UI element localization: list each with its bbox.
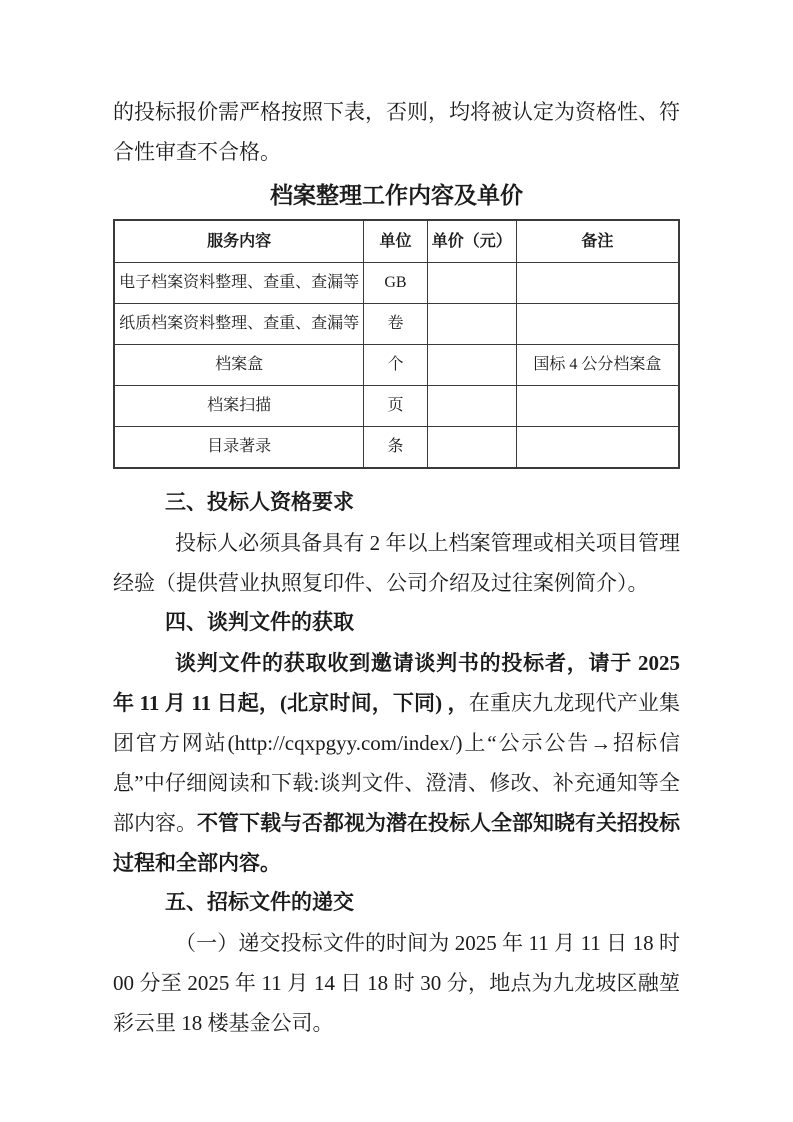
section4-heading: 四、谈判文件的获取 [165,603,680,643]
cell-note [516,304,679,345]
intro-paragraph: 的投标报价需严格按照下表，否则，均将被认定为资格性、符合性审查不合格。 [113,92,680,172]
table-title: 档案整理工作内容及单价 [113,180,680,210]
section3-heading: 三、投标人资格要求 [165,483,680,523]
header-service: 服务内容 [114,220,364,263]
cell-unit: 页 [364,386,428,427]
cell-unit: GB [364,263,428,304]
document-page: 的投标报价需严格按照下表，否则，均将被认定为资格性、符合性审查不合格。 档案整理… [0,0,793,1122]
table-header-row: 服务内容 单位 单价（元） 备注 [114,220,679,263]
cell-service: 档案扫描 [114,386,364,427]
table-row: 电子档案资料整理、查重、查漏等 GB [114,263,679,304]
cell-unit: 个 [364,345,428,386]
section5-heading: 五、招标文件的递交 [165,883,680,923]
section4-bold-tail: 不管下载与否都视为潜在投标人全部知晓有关招投标过程和全部内容。 [113,811,680,875]
cell-note: 国标 4 公分档案盒 [516,345,679,386]
cell-note [516,263,679,304]
table-row: 档案盒 个 国标 4 公分档案盒 [114,345,679,386]
table-row: 档案扫描 页 [114,386,679,427]
cell-service: 档案盒 [114,345,364,386]
section3-body: 投标人必须具备具有 2 年以上档案管理或相关项目管理经验（提供营业执照复印件、公… [113,523,680,603]
section4-body: 谈判文件的获取收到邀请谈判书的投标者，请于 2025 年 11 月 11 日起，… [113,643,680,883]
header-price: 单价（元） [427,220,516,263]
cell-service: 目录著录 [114,427,364,469]
cell-price [427,345,516,386]
cell-unit: 卷 [364,304,428,345]
cell-price [427,427,516,469]
cell-note [516,386,679,427]
cell-price [427,263,516,304]
table-row: 目录著录 条 [114,427,679,469]
header-note: 备注 [516,220,679,263]
cell-note [516,427,679,469]
cell-service: 纸质档案资料整理、查重、查漏等 [114,304,364,345]
section5-body: （一）递交投标文件的时间为 2025 年 11 月 11 日 18 时 00 分… [113,923,680,1043]
table-row: 纸质档案资料整理、查重、查漏等 卷 [114,304,679,345]
header-unit: 单位 [364,220,428,263]
pricing-table: 服务内容 单位 单价（元） 备注 电子档案资料整理、查重、查漏等 GB 纸质档案… [113,219,680,469]
cell-unit: 条 [364,427,428,469]
cell-price [427,304,516,345]
cell-service: 电子档案资料整理、查重、查漏等 [114,263,364,304]
cell-price [427,386,516,427]
